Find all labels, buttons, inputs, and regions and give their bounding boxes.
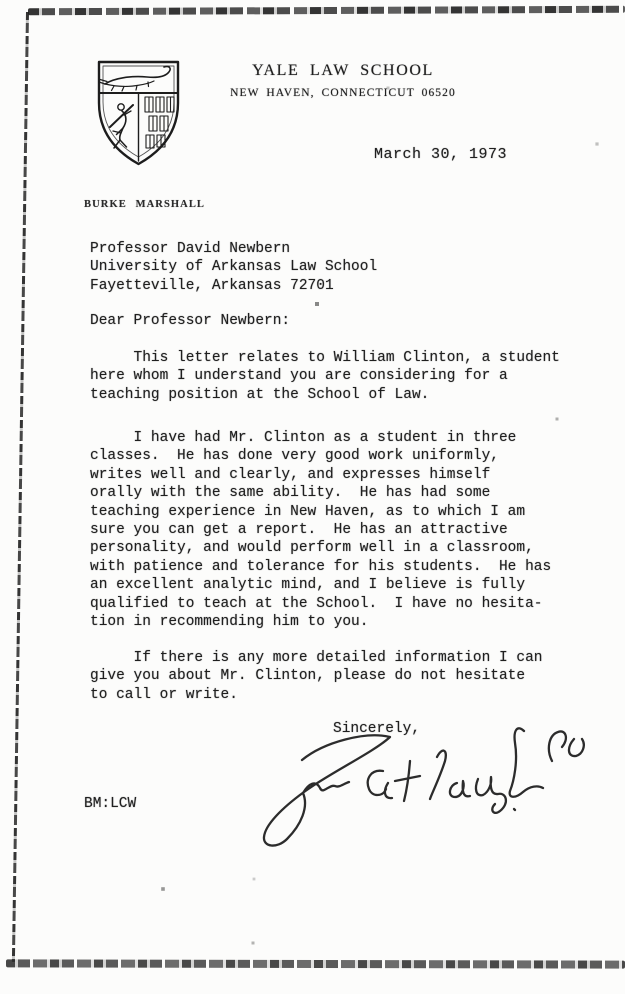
typist-initials: BM:LCW (84, 795, 136, 813)
body-paragraph-1: This letter relates to William Clinton, … (90, 349, 560, 404)
scan-artifact-top-edge (28, 6, 625, 16)
recipient-address-block: Professor David Newbern University of Ar… (90, 240, 377, 295)
scan-artifact-left-edge (12, 12, 29, 962)
scanned-letter: { "letterhead": { "school_name": "YALE L… (0, 0, 625, 994)
body-paragraph-3: If there is any more detailed informatio… (90, 649, 542, 704)
scan-noise-specks (0, 0, 2, 2)
letterhead-school-name: YALE LAW SCHOOL (222, 62, 464, 80)
letter-date: March 30, 1973 (374, 146, 507, 164)
yale-law-school-crest-icon (90, 56, 187, 174)
scan-artifact-bottom-edge (6, 959, 625, 968)
sender-name: BURKE MARSHALL (84, 199, 205, 210)
signature-burke-marshall-icon (252, 718, 592, 857)
body-paragraph-2: I have had Mr. Clinton as a student in t… (90, 429, 551, 631)
salutation: Dear Professor Newbern: (90, 312, 290, 330)
letterhead: YALE LAW SCHOOL NEW HAVEN, CONNECTICUT 0… (222, 62, 464, 99)
letterhead-address: NEW HAVEN, CONNECTICUT 06520 (222, 87, 464, 99)
